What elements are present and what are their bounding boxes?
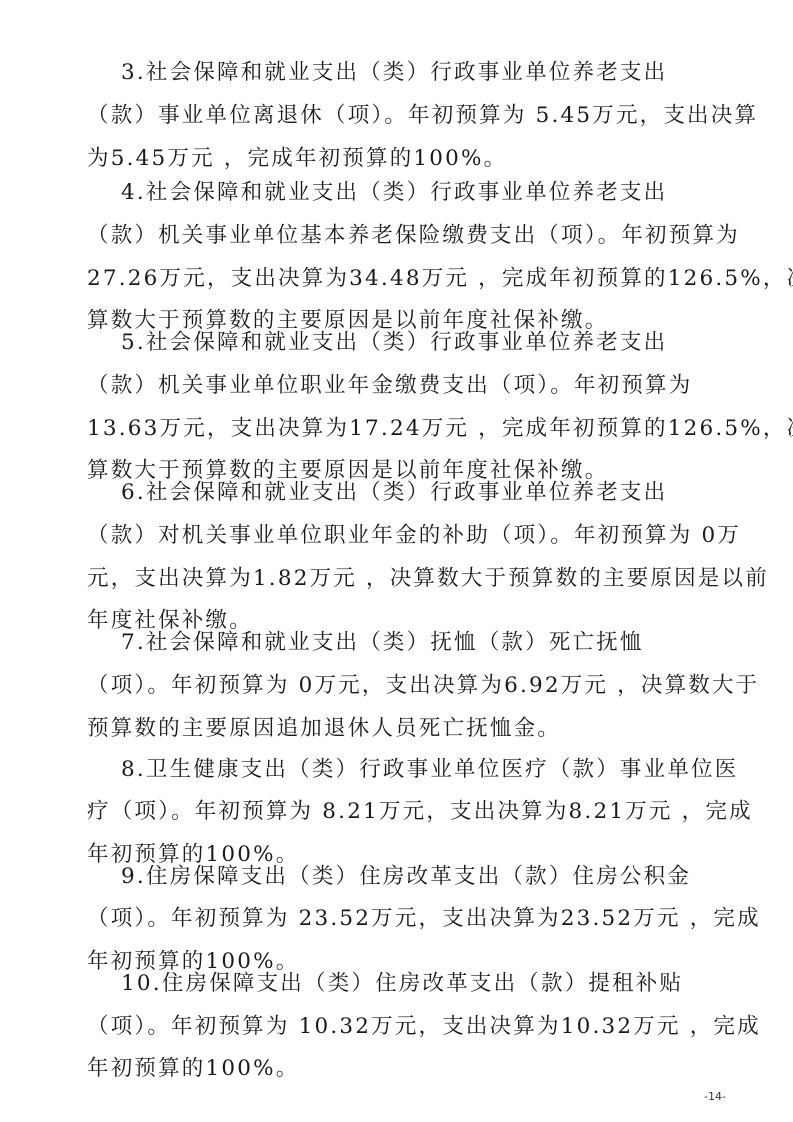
paragraph-line: 年初预算的100%。: [87, 1054, 299, 1084]
paragraph-line: 13.63万元，支出决算为17.24万元 ，完成年初预算的126.5%，决: [87, 414, 793, 444]
paragraph-line: 10.住房保障支出（类）住房改革支出（款）提租补贴: [121, 969, 683, 999]
paragraph-line: 9.住房保障支出（类）住房改革支出（款）住房公积金: [121, 862, 691, 892]
paragraph-line: （项）。年初预算为 10.32万元，支出决算为10.32万元 ，完成: [87, 1012, 761, 1042]
paragraph-line: 3.社会保障和就业支出（类）行政事业单位养老支出: [121, 58, 667, 88]
paragraph-line: 预算数的主要原因追加退休人员死亡抚恤金。: [87, 714, 561, 744]
document-page: 3.社会保障和就业支出（类）行政事业单位养老支出 （款）事业单位离退休（项）。年…: [0, 0, 793, 1122]
paragraph-line: （项）。年初预算为 23.52万元，支出决算为23.52万元 ，完成: [87, 904, 761, 934]
paragraph-line: 7.社会保障和就业支出（类）抚恤（款）死亡抚恤: [121, 628, 644, 658]
paragraph-line: 8.卫生健康支出（类）行政事业单位医疗（款）事业单位医: [121, 755, 738, 785]
paragraph-line: 6.社会保障和就业支出（类）行政事业单位养老支出: [121, 478, 667, 508]
paragraph-line: （款）对机关事业单位职业年金的补助（项）。年初预算为 0万: [87, 521, 741, 551]
paragraph-line: （项）。年初预算为 0万元，支出决算为6.92万元 ，决算数大于: [87, 671, 759, 701]
paragraph-line: 疗（项）。年初预算为 8.21万元，支出决算为8.21万元 ，完成: [87, 797, 753, 827]
paragraph-line: 4.社会保障和就业支出（类）行政事业单位养老支出: [121, 178, 667, 208]
paragraph-line: （款）机关事业单位基本养老保险缴费支出（项）。年初预算为: [87, 221, 740, 251]
paragraph-line: 5.社会保障和就业支出（类）行政事业单位养老支出: [121, 328, 667, 358]
page-number: -14-: [704, 1090, 726, 1103]
paragraph-line: 元，支出决算为1.82万元 ，决算数大于预算数的主要原因是以前: [87, 564, 769, 594]
paragraph-line: 27.26万元，支出决算为34.48万元 ，完成年初预算的126.5%，决: [87, 264, 793, 294]
paragraph-line: （款）事业单位离退休（项）。年初预算为 5.45万元，支出决算: [87, 101, 758, 131]
paragraph-line: （款）机关事业单位职业年金缴费支出（项）。年初预算为: [87, 371, 692, 401]
paragraph-line: 为5.45万元 ，完成年初预算的100%。: [87, 144, 507, 174]
